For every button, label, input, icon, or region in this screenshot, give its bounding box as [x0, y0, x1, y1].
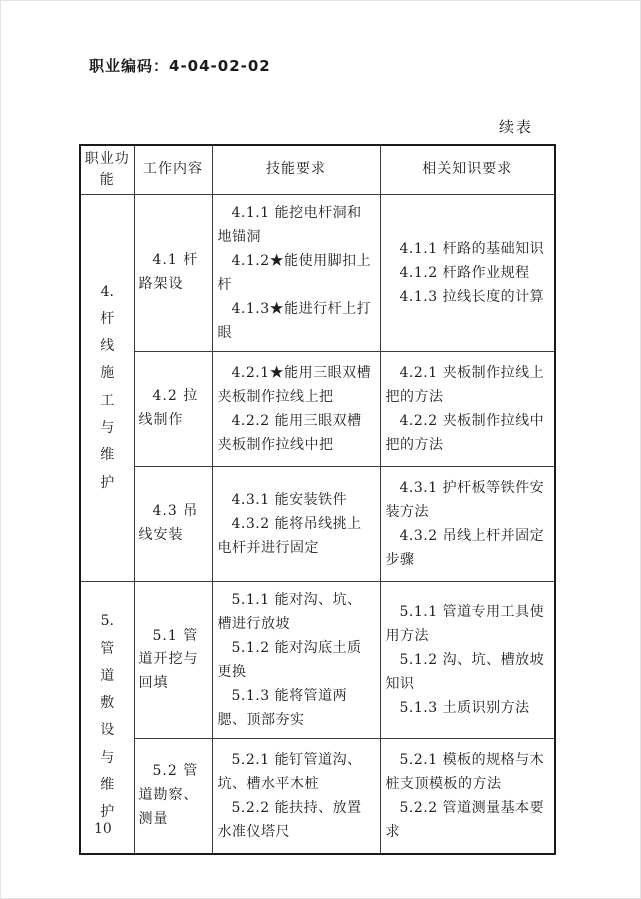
work-content-cell: 4.1 杆路架设 — [134, 194, 212, 351]
table-row: 4.杆线施工与维护 4.1 杆路架设 4.1.1 能挖电杆洞和地锚洞 4.1.2… — [80, 194, 555, 351]
work-content-cell: 5.1 管道开挖与回填 — [134, 581, 212, 738]
table-row: 5.管道敷设与维护 5.1 管道开挖与回填 5.1.1 能对沟、坑、槽进行放坡 … — [80, 581, 555, 738]
knowledge-item: 5.2.2 管道测量基本要求 — [386, 796, 549, 844]
skill-item: 4.1.2★能使用脚扣上杆 — [218, 249, 374, 297]
knowledge-item: 4.1.1 杆路的基础知识 — [386, 237, 549, 261]
knowledge-requirements-cell: 4.2.1 夹板制作拉线上把的方法 4.2.2 夹板制作拉线中把的方法 — [380, 351, 555, 466]
knowledge-item: 5.1.1 管道专用工具使用方法 — [386, 600, 549, 648]
occupation-spec-table: 职业功能 工作内容 技能要求 相关知识要求 4.杆线施工与维护 4.1 杆路架设… — [79, 144, 556, 855]
knowledge-item: 4.3.1 护杆板等铁件安装方法 — [386, 476, 549, 524]
table-row: 4.3 吊线安装 4.3.1 能安装铁件 4.3.2 能将吊线挑上电杆并进行固定… — [80, 466, 555, 581]
knowledge-item: 4.2.1 夹板制作拉线上把的方法 — [386, 361, 549, 409]
skill-requirements-cell: 4.3.1 能安装铁件 4.3.2 能将吊线挑上电杆并进行固定 — [212, 466, 380, 581]
header-function: 职业功能 — [81, 147, 134, 193]
skill-item: 4.3.1 能安装铁件 — [218, 488, 374, 512]
skill-item: 4.3.2 能将吊线挑上电杆并进行固定 — [218, 512, 374, 560]
knowledge-item: 4.3.2 吊线上杆并固定步骤 — [386, 524, 549, 572]
page-number: 10 — [94, 821, 112, 837]
skill-requirements-cell: 4.2.1★能用三眼双槽夹板制作拉线上把 4.2.2 能用三眼双槽夹板制作拉线中… — [212, 351, 380, 466]
work-content-label: 5.2 管道勘察、测量 — [139, 760, 208, 831]
skill-item: 5.2.1 能钉管道沟、坑、槽水平木桩 — [218, 748, 374, 796]
work-content-label: 4.2 拉线制作 — [139, 385, 208, 433]
function-cell-section-5: 5.管道敷设与维护 — [80, 581, 134, 853]
skill-item: 4.1.3★能进行杆上打眼 — [218, 297, 374, 345]
document-page: 职业编码：4-04-02-02 续表 职业功能 工作内容 技能要求 相关知识要求… — [0, 0, 641, 899]
continued-table-label: 续表 — [499, 116, 533, 137]
skill-item: 4.1.1 能挖电杆洞和地锚洞 — [218, 201, 374, 249]
header-skill-requirements: 技能要求 — [213, 157, 380, 182]
work-content-label: 5.1 管道开挖与回填 — [139, 625, 208, 696]
function-label-vertical: 5.管道敷设与维护 — [99, 608, 116, 826]
occupation-code-label: 职业编码：4-04-02-02 — [89, 55, 271, 76]
skill-item: 5.1.2 能对沟底土质更换 — [218, 636, 374, 684]
function-label-vertical: 4.杆线施工与维护 — [99, 279, 116, 497]
table-row: 5.2 管道勘察、测量 5.2.1 能钉管道沟、坑、槽水平木桩 5.2.2 能扶… — [80, 739, 555, 854]
work-content-cell: 5.2 管道勘察、测量 — [134, 739, 212, 854]
knowledge-item: 4.1.3 拉线长度的计算 — [386, 285, 549, 309]
skill-item: 5.2.2 能扶持、放置水准仪塔尺 — [218, 796, 374, 844]
skill-item: 4.2.2 能用三眼双槽夹板制作拉线中把 — [218, 409, 374, 457]
knowledge-requirements-cell: 5.2.1 模板的规格与木桩支顶模板的方法 5.2.2 管道测量基本要求 — [380, 739, 555, 854]
knowledge-requirements-cell: 4.3.1 护杆板等铁件安装方法 4.3.2 吊线上杆并固定步骤 — [380, 466, 555, 581]
work-content-label: 4.3 吊线安装 — [139, 500, 208, 548]
table-row: 4.2 拉线制作 4.2.1★能用三眼双槽夹板制作拉线上把 4.2.2 能用三眼… — [80, 351, 555, 466]
work-content-cell: 4.2 拉线制作 — [134, 351, 212, 466]
knowledge-item: 5.1.2 沟、坑、槽放坡知识 — [386, 648, 549, 696]
knowledge-requirements-cell: 4.1.1 杆路的基础知识 4.1.2 杆路作业规程 4.1.3 拉线长度的计算 — [380, 194, 555, 351]
work-content-cell: 4.3 吊线安装 — [134, 466, 212, 581]
header-work-content: 工作内容 — [135, 157, 212, 182]
table-header-row: 职业功能 工作内容 技能要求 相关知识要求 — [80, 145, 555, 194]
work-content-label: 4.1 杆路架设 — [139, 249, 208, 297]
function-cell-section-4: 4.杆线施工与维护 — [80, 194, 134, 581]
skill-requirements-cell: 4.1.1 能挖电杆洞和地锚洞 4.1.2★能使用脚扣上杆 4.1.3★能进行杆… — [212, 194, 380, 351]
skill-item: 5.1.3 能将管道两腮、顶部夯实 — [218, 684, 374, 732]
knowledge-item: 4.1.2 杆路作业规程 — [386, 261, 549, 285]
header-knowledge-requirements: 相关知识要求 — [381, 157, 555, 182]
knowledge-item: 4.2.2 夹板制作拉线中把的方法 — [386, 409, 549, 457]
knowledge-requirements-cell: 5.1.1 管道专用工具使用方法 5.1.2 沟、坑、槽放坡知识 5.1.3 土… — [380, 581, 555, 738]
skill-requirements-cell: 5.2.1 能钉管道沟、坑、槽水平木桩 5.2.2 能扶持、放置水准仪塔尺 — [212, 739, 380, 854]
knowledge-item: 5.1.3 土质识别方法 — [386, 696, 549, 720]
skill-item: 4.2.1★能用三眼双槽夹板制作拉线上把 — [218, 361, 374, 409]
skill-requirements-cell: 5.1.1 能对沟、坑、槽进行放坡 5.1.2 能对沟底土质更换 5.1.3 能… — [212, 581, 380, 738]
knowledge-item: 5.2.1 模板的规格与木桩支顶模板的方法 — [386, 748, 549, 796]
skill-item: 5.1.1 能对沟、坑、槽进行放坡 — [218, 588, 374, 636]
